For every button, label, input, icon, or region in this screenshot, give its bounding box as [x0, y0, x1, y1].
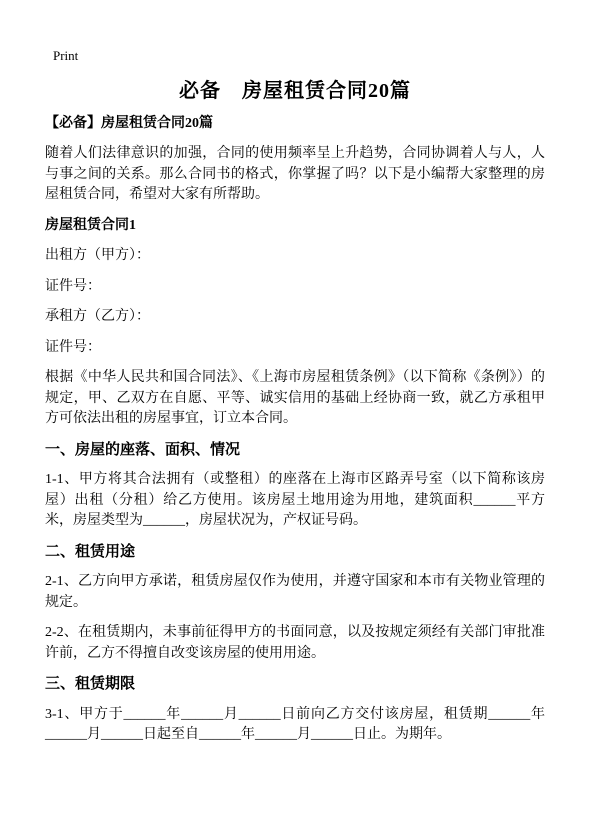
party-a-id-line: 证件号： — [45, 277, 545, 298]
section-1-heading: 一、房屋的座落、面积、情况 — [45, 440, 545, 461]
clause-3-1: 3-1、甲方于______年______月______日前向乙方交付该房屋，租赁… — [45, 705, 545, 746]
print-button[interactable]: Print — [53, 48, 545, 64]
preamble-paragraph: 根据《中华人民共和国合同法》、《上海市房屋租赁条例》（以下简称《条例》）的规定，… — [45, 368, 545, 430]
section-3-heading: 三、租赁期限 — [45, 674, 545, 695]
document-subtitle: 【必备】房屋租赁合同20篇 — [45, 114, 545, 134]
section-2-heading: 二、租赁用途 — [45, 542, 545, 563]
party-b-line: 承租方（乙方）： — [45, 307, 545, 328]
party-a-line: 出租方（甲方）： — [45, 246, 545, 267]
document-title: 必备 房屋租赁合同20篇 — [45, 78, 545, 104]
party-b-id-line: 证件号： — [45, 338, 545, 359]
clause-1-1: 1-1、甲方将其合法拥有（或整租）的座落在上海市区路弄号室（以下简称该房屋）出租… — [45, 470, 545, 532]
intro-paragraph: 随着人们法律意识的加强，合同的使用频率呈上升趋势，合同协调着人与人，人与事之间的… — [45, 144, 545, 206]
clause-2-1: 2-1、乙方向甲方承诺，租赁房屋仅作为使用，并遵守国家和本市有关物业管理的规定。 — [45, 572, 545, 613]
clause-2-2: 2-2、在租赁期内，未事前征得甲方的书面同意，以及按规定须经有关部门审批准许前，… — [45, 623, 545, 664]
document-page: Print 必备 房屋租赁合同20篇 【必备】房屋租赁合同20篇 随着人们法律意… — [0, 0, 600, 828]
contract-1-heading: 房屋租赁合同1 — [45, 216, 545, 237]
